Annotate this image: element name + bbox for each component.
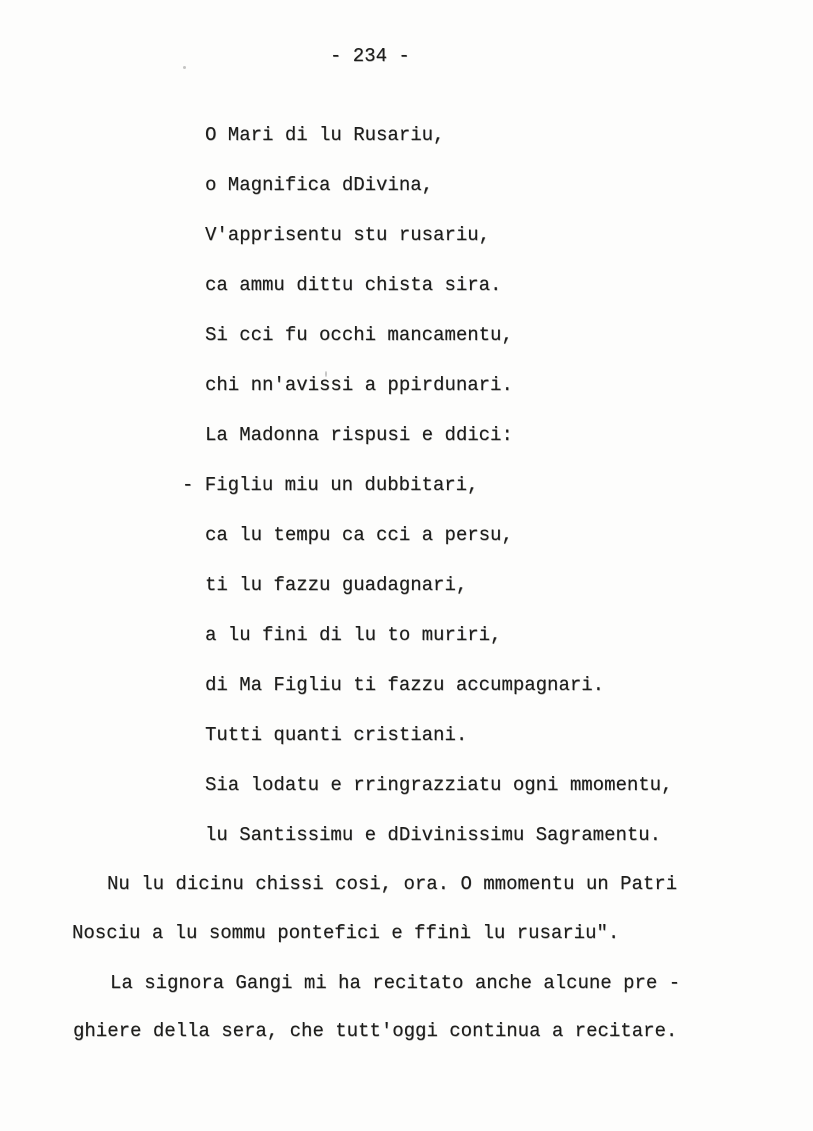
prose-line: Nosciu a lu sommu pontefici e ffinì lu r… bbox=[72, 921, 619, 945]
poem-line: Tutti quanti cristiani. bbox=[205, 723, 467, 747]
poem-line: Si cci fu occhi mancamentu, bbox=[205, 323, 513, 347]
document-page: - 234 - O Mari di lu Rusariu, o Magnific… bbox=[0, 0, 813, 1131]
poem-line: O Mari di lu Rusariu, bbox=[205, 123, 444, 147]
poem-line: La Madonna rispusi e ddici: bbox=[205, 423, 513, 447]
prose-line: La signora Gangi mi ha recitato anche al… bbox=[110, 971, 680, 995]
poem-line: di Ma Figliu ti fazzu accumpagnari. bbox=[205, 673, 604, 697]
page-number: - 234 - bbox=[330, 44, 410, 68]
poem-line: - Figliu miu un dubbitari, bbox=[182, 473, 478, 497]
poem-line: Sia lodatu e rringrazziatu ogni mmomentu… bbox=[205, 773, 672, 797]
prose-line: Nu lu dicinu chissi cosi, ora. O mmoment… bbox=[107, 872, 677, 896]
poem-line: V'apprisentu stu rusariu, bbox=[205, 223, 490, 247]
poem-line: ti lu fazzu guadagnari, bbox=[205, 573, 467, 597]
poem-line: a lu fini di lu to muriri, bbox=[205, 623, 501, 647]
scan-speck bbox=[325, 371, 327, 377]
prose-line: ghiere della sera, che tutt'oggi continu… bbox=[73, 1019, 677, 1043]
poem-line: ca ammu dittu chista sira. bbox=[205, 273, 501, 297]
poem-line: lu Santissimu e dDivinissimu Sagramentu. bbox=[205, 823, 661, 847]
poem-line: chi nn'avissi a ppirdunari. bbox=[205, 373, 513, 397]
poem-line: ca lu tempu ca cci a persu, bbox=[205, 523, 513, 547]
poem-line: o Magnifica dDivina, bbox=[205, 173, 433, 197]
scan-speck bbox=[183, 66, 186, 69]
